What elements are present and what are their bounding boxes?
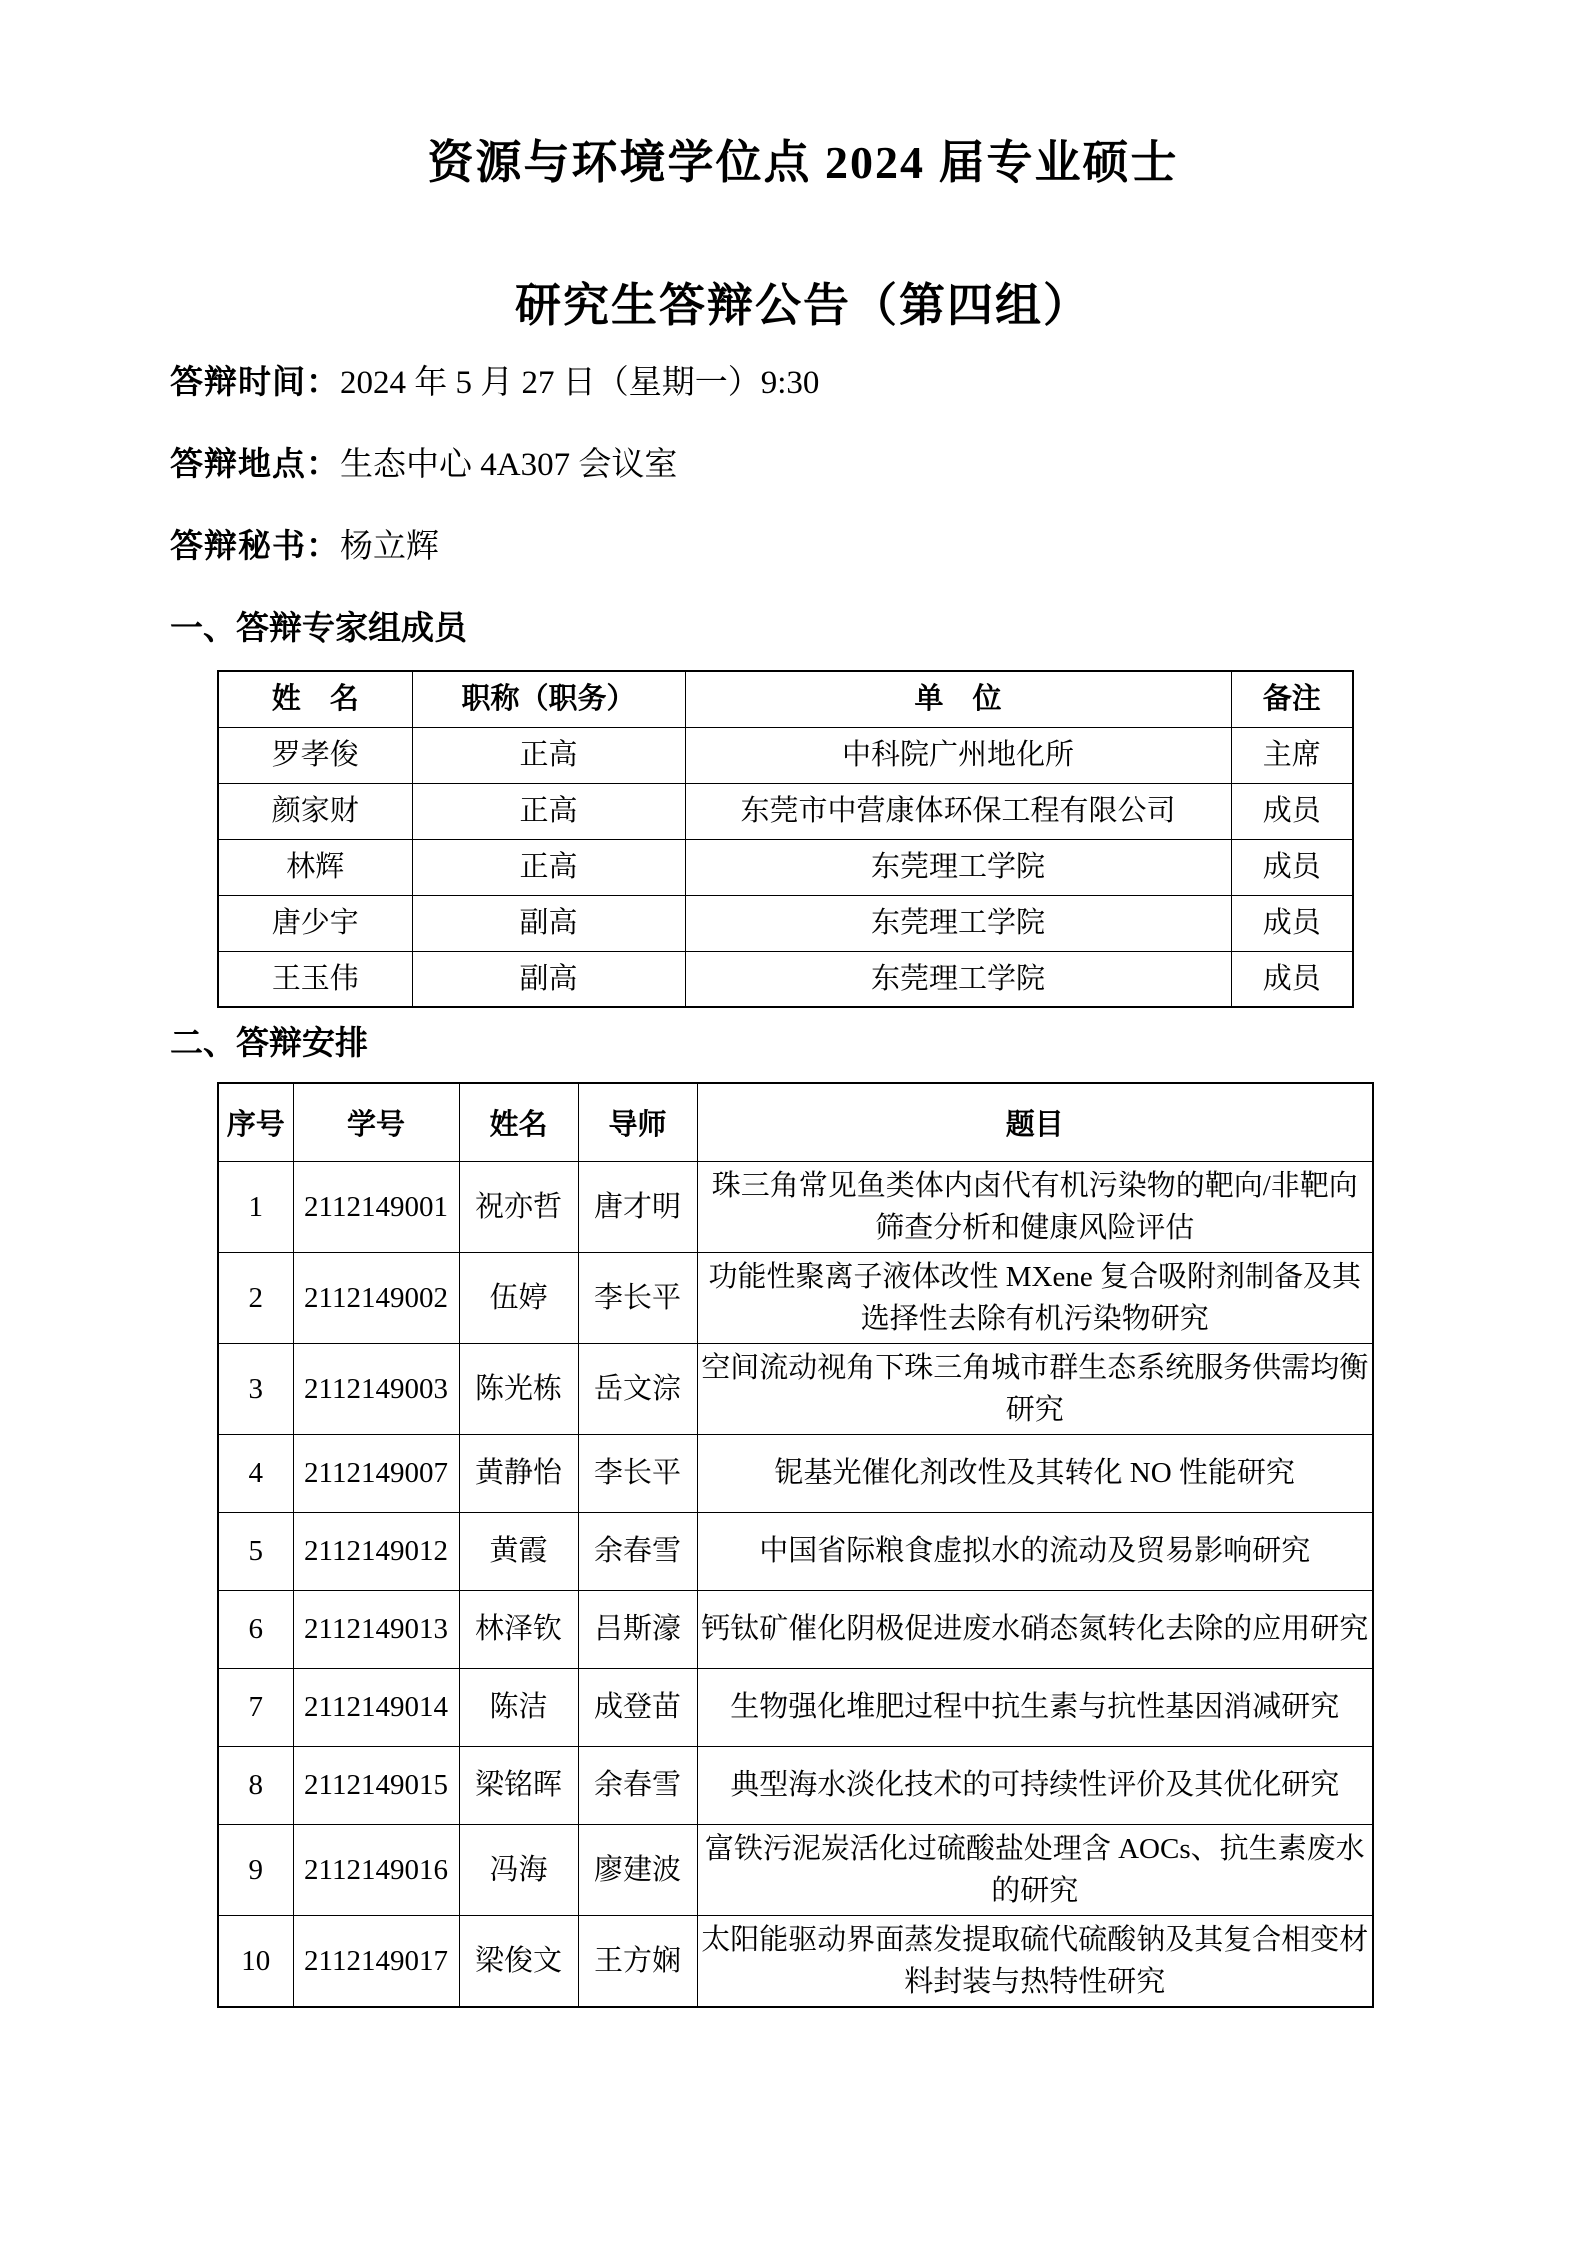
table-row: 唐少宇 副高 东莞理工学院 成员	[218, 895, 1353, 951]
student-id-cell: 2112149017	[293, 1915, 459, 2007]
index-cell: 5	[218, 1512, 293, 1590]
header-cell-supervisor: 导师	[578, 1083, 697, 1161]
document-title-line2: 研究生答辩公告（第四组）	[170, 270, 1436, 342]
table-row: 林辉 正高 东莞理工学院 成员	[218, 839, 1353, 895]
student-name-cell: 陈光栋	[459, 1343, 578, 1434]
info-block: 答辩时间：2024 年 5 月 27 日（星期一）9:30 答辩地点：生态中心 …	[170, 342, 1436, 588]
index-cell: 3	[218, 1343, 293, 1434]
table-row: 王玉伟 副高 东莞理工学院 成员	[218, 951, 1353, 1007]
student-id-cell: 2112149013	[293, 1590, 459, 1668]
supervisor-cell: 李长平	[578, 1434, 697, 1512]
index-cell: 9	[218, 1824, 293, 1915]
topic-cell: 功能性聚离子液体改性 MXene 复合吸附剂制备及其选择性去除有机污染物研究	[697, 1252, 1373, 1343]
unit-cell: 东莞理工学院	[685, 951, 1231, 1007]
index-cell: 1	[218, 1161, 293, 1252]
name-cell: 罗孝俊	[218, 727, 412, 783]
topic-cell: 太阳能驱动界面蒸发提取硫代硫酸钠及其复合相变材料封装与热特性研究	[697, 1915, 1373, 2007]
remark-cell: 主席	[1231, 727, 1353, 783]
committee-table: 姓 名 职称（职务） 单 位 备注 罗孝俊 正高 中科院广州地化所 主席 颜家财…	[217, 670, 1354, 1008]
supervisor-cell: 成登苗	[578, 1668, 697, 1746]
student-id-cell: 2112149001	[293, 1161, 459, 1252]
index-cell: 7	[218, 1668, 293, 1746]
header-cell-index: 序号	[218, 1083, 293, 1161]
table-row: 1 2112149001 祝亦哲 唐才明 珠三角常见鱼类体内卤代有机污染物的靶向…	[218, 1161, 1373, 1252]
document-page: 资源与环境学位点 2024 届专业硕士 研究生答辩公告（第四组） 答辩时间：20…	[0, 0, 1586, 2245]
table-row: 8 2112149015 梁铭晖 余春雪 典型海水淡化技术的可持续性评价及其优化…	[218, 1746, 1373, 1824]
table-row: 9 2112149016 冯海 廖建波 富铁污泥炭活化过硫酸盐处理含 AOCs、…	[218, 1824, 1373, 1915]
defense-secretary-value: 杨立辉	[340, 529, 439, 565]
committee-section-heading: 一、答辩专家组成员	[170, 588, 1436, 670]
document-title-line1: 资源与环境学位点 2024 届专业硕士	[170, 127, 1436, 199]
table-row: 颜家财 正高 东莞市中营康体环保工程有限公司 成员	[218, 783, 1353, 839]
student-name-cell: 陈洁	[459, 1668, 578, 1746]
schedule-header-row: 序号 学号 姓名 导师 题目	[218, 1083, 1373, 1161]
header-cell-student-id: 学号	[293, 1083, 459, 1161]
index-cell: 6	[218, 1590, 293, 1668]
schedule-section-heading: 二、答辩安排	[170, 1008, 1436, 1080]
topic-cell: 铌基光催化剂改性及其转化 NO 性能研究	[697, 1434, 1373, 1512]
topic-cell: 中国省际粮食虚拟水的流动及贸易影响研究	[697, 1512, 1373, 1590]
student-name-cell: 梁俊文	[459, 1915, 578, 2007]
title-cell: 正高	[412, 783, 685, 839]
supervisor-cell: 廖建波	[578, 1824, 697, 1915]
committee-header-row: 姓 名 职称（职务） 单 位 备注	[218, 671, 1353, 727]
defense-location-label: 答辩地点：	[170, 447, 340, 483]
supervisor-cell: 唐才明	[578, 1161, 697, 1252]
topic-cell: 典型海水淡化技术的可持续性评价及其优化研究	[697, 1746, 1373, 1824]
schedule-table: 序号 学号 姓名 导师 题目 1 2112149001 祝亦哲 唐才明 珠三角常…	[217, 1082, 1374, 2008]
defense-time-label: 答辩时间：	[170, 365, 340, 401]
topic-cell: 珠三角常见鱼类体内卤代有机污染物的靶向/非靶向筛查分析和健康风险评估	[697, 1161, 1373, 1252]
index-cell: 8	[218, 1746, 293, 1824]
title-cell: 副高	[412, 951, 685, 1007]
table-row: 7 2112149014 陈洁 成登苗 生物强化堆肥过程中抗生素与抗性基因消减研…	[218, 1668, 1373, 1746]
student-id-cell: 2112149007	[293, 1434, 459, 1512]
defense-secretary-line: 答辩秘书：杨立辉	[170, 506, 1436, 588]
student-name-cell: 伍婷	[459, 1252, 578, 1343]
student-name-cell: 黄霞	[459, 1512, 578, 1590]
student-id-cell: 2112149012	[293, 1512, 459, 1590]
remark-cell: 成员	[1231, 783, 1353, 839]
student-name-cell: 祝亦哲	[459, 1161, 578, 1252]
remark-cell: 成员	[1231, 839, 1353, 895]
title-cell: 正高	[412, 839, 685, 895]
header-cell-remark: 备注	[1231, 671, 1353, 727]
unit-cell: 东莞理工学院	[685, 895, 1231, 951]
index-cell: 4	[218, 1434, 293, 1512]
table-row: 2 2112149002 伍婷 李长平 功能性聚离子液体改性 MXene 复合吸…	[218, 1252, 1373, 1343]
student-name-cell: 黄静怡	[459, 1434, 578, 1512]
student-name-cell: 梁铭晖	[459, 1746, 578, 1824]
document-content: 资源与环境学位点 2024 届专业硕士 研究生答辩公告（第四组） 答辩时间：20…	[0, 0, 1586, 2008]
table-row: 5 2112149012 黄霞 余春雪 中国省际粮食虚拟水的流动及贸易影响研究	[218, 1512, 1373, 1590]
index-cell: 2	[218, 1252, 293, 1343]
supervisor-cell: 王方娴	[578, 1915, 697, 2007]
topic-cell: 空间流动视角下珠三角城市群生态系统服务供需均衡研究	[697, 1343, 1373, 1434]
unit-cell: 东莞市中营康体环保工程有限公司	[685, 783, 1231, 839]
topic-cell: 生物强化堆肥过程中抗生素与抗性基因消减研究	[697, 1668, 1373, 1746]
name-cell: 林辉	[218, 839, 412, 895]
header-cell-unit: 单 位	[685, 671, 1231, 727]
name-cell: 颜家财	[218, 783, 412, 839]
defense-location-line: 答辩地点：生态中心 4A307 会议室	[170, 424, 1436, 506]
supervisor-cell: 岳文淙	[578, 1343, 697, 1434]
remark-cell: 成员	[1231, 951, 1353, 1007]
student-id-cell: 2112149016	[293, 1824, 459, 1915]
header-cell-name: 姓 名	[218, 671, 412, 727]
supervisor-cell: 李长平	[578, 1252, 697, 1343]
header-cell-student-name: 姓名	[459, 1083, 578, 1161]
topic-cell: 钙钛矿催化阴极促进废水硝态氮转化去除的应用研究	[697, 1590, 1373, 1668]
table-row: 6 2112149013 林泽钦 吕斯濠 钙钛矿催化阴极促进废水硝态氮转化去除的…	[218, 1590, 1373, 1668]
header-cell-topic: 题目	[697, 1083, 1373, 1161]
student-name-cell: 林泽钦	[459, 1590, 578, 1668]
supervisor-cell: 余春雪	[578, 1512, 697, 1590]
unit-cell: 中科院广州地化所	[685, 727, 1231, 783]
defense-time-line: 答辩时间：2024 年 5 月 27 日（星期一）9:30	[170, 342, 1436, 424]
remark-cell: 成员	[1231, 895, 1353, 951]
name-cell: 唐少宇	[218, 895, 412, 951]
unit-cell: 东莞理工学院	[685, 839, 1231, 895]
table-row: 3 2112149003 陈光栋 岳文淙 空间流动视角下珠三角城市群生态系统服务…	[218, 1343, 1373, 1434]
student-name-cell: 冯海	[459, 1824, 578, 1915]
header-cell-title: 职称（职务）	[412, 671, 685, 727]
student-id-cell: 2112149003	[293, 1343, 459, 1434]
student-id-cell: 2112149014	[293, 1668, 459, 1746]
table-row: 罗孝俊 正高 中科院广州地化所 主席	[218, 727, 1353, 783]
table-row: 10 2112149017 梁俊文 王方娴 太阳能驱动界面蒸发提取硫代硫酸钠及其…	[218, 1915, 1373, 2007]
name-cell: 王玉伟	[218, 951, 412, 1007]
student-id-cell: 2112149002	[293, 1252, 459, 1343]
title-cell: 正高	[412, 727, 685, 783]
student-id-cell: 2112149015	[293, 1746, 459, 1824]
supervisor-cell: 余春雪	[578, 1746, 697, 1824]
topic-cell: 富铁污泥炭活化过硫酸盐处理含 AOCs、抗生素废水的研究	[697, 1824, 1373, 1915]
defense-time-value: 2024 年 5 月 27 日（星期一）9:30	[340, 365, 819, 401]
defense-location-value: 生态中心 4A307 会议室	[340, 447, 677, 483]
supervisor-cell: 吕斯濠	[578, 1590, 697, 1668]
title-cell: 副高	[412, 895, 685, 951]
defense-secretary-label: 答辩秘书：	[170, 529, 340, 565]
table-row: 4 2112149007 黄静怡 李长平 铌基光催化剂改性及其转化 NO 性能研…	[218, 1434, 1373, 1512]
index-cell: 10	[218, 1915, 293, 2007]
